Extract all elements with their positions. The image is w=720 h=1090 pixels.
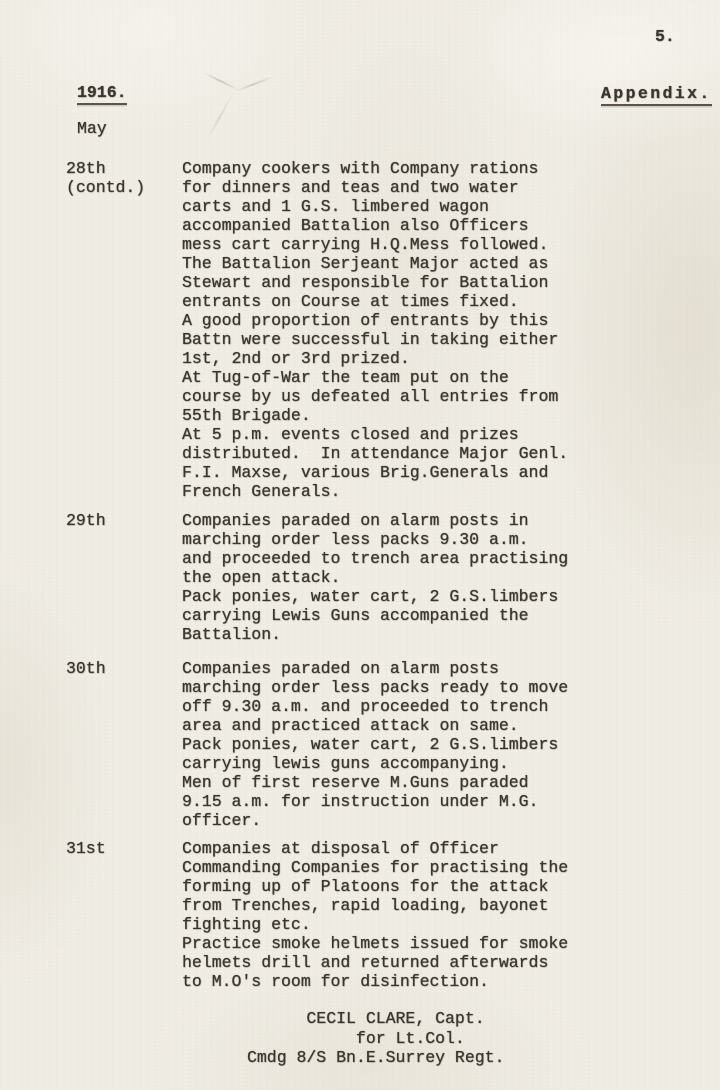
crease-mark	[204, 72, 241, 91]
month-label: May	[77, 119, 107, 138]
entry-date: 30th	[66, 659, 106, 678]
crease-mark	[236, 76, 274, 92]
document-page: 5. 1916. Appendix. May 28th (contd.) Com…	[0, 0, 720, 1090]
entry-date: 29th	[66, 511, 106, 530]
page-number: 5.	[655, 27, 675, 46]
year-heading: 1916.	[77, 83, 127, 105]
signature-block: CECIL CLARE, Capt. for Lt.Col. Cmdg 8/S …	[247, 1009, 504, 1068]
entry-date: 31st	[66, 839, 106, 858]
entry-date: 28th (contd.)	[66, 159, 145, 197]
appendix-heading: Appendix.	[601, 84, 712, 106]
entry-body: Companies paraded on alarm posts in marc…	[182, 511, 568, 644]
crease-mark	[206, 91, 235, 141]
entry-body: Companies paraded on alarm posts marchin…	[182, 659, 568, 830]
entry-body: Companies at disposal of Officer Command…	[182, 839, 568, 991]
entry-body: Company cookers with Company rations for…	[182, 159, 568, 501]
